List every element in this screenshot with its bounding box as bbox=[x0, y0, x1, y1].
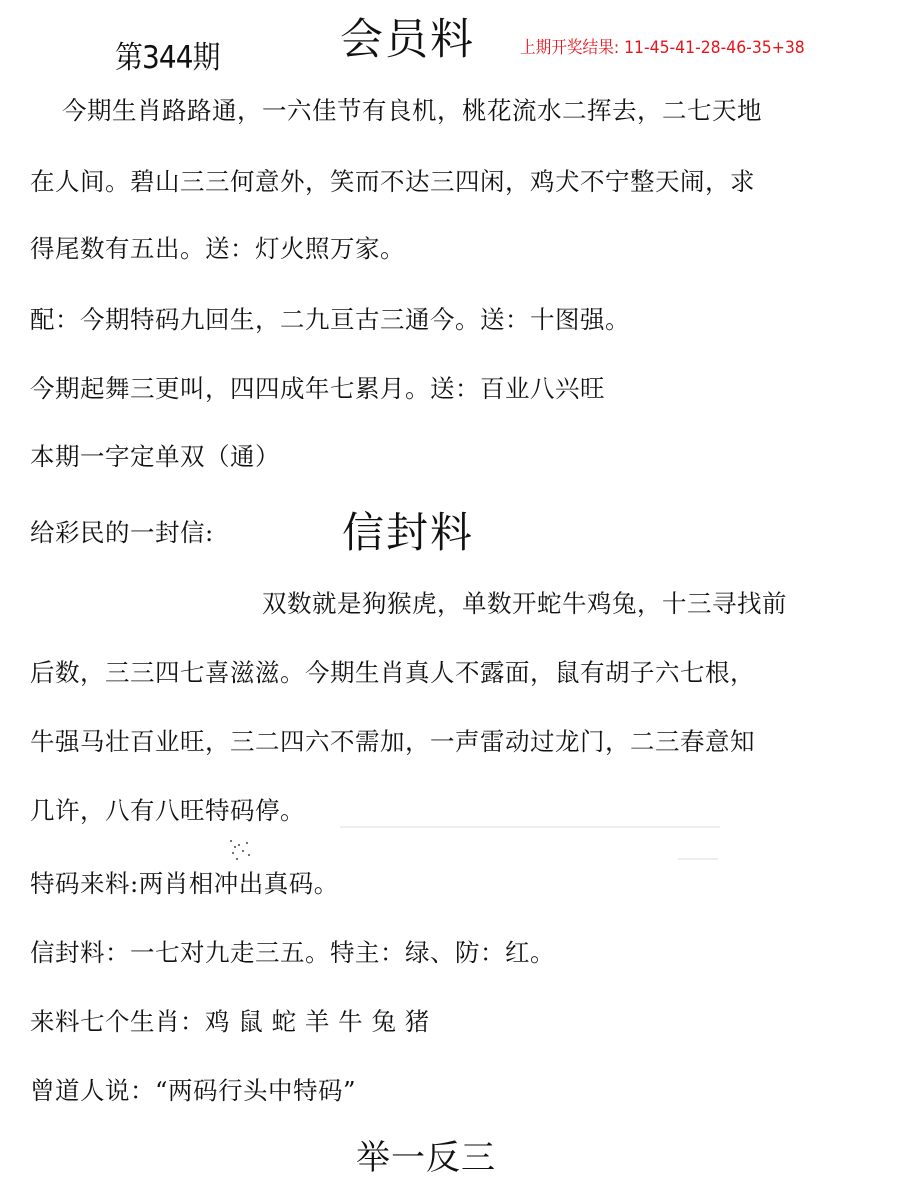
issue-number: 第344期 bbox=[115, 32, 220, 77]
page-title: 会员料 bbox=[340, 6, 475, 67]
member-poem-line-3: 得尾数有五出。送：灯火照万家。 bbox=[30, 230, 405, 265]
envelope-line: 信封料：一七对九走三五。特主：绿、防：红。 bbox=[30, 934, 555, 969]
pei-line: 配：今期特码九回生，二九亘古三通今。送：十图强。 bbox=[30, 301, 630, 336]
letter-poem-line-3: 牛强马壮百业旺，三二四六不需加，一声雷动过龙门，二三春意知 bbox=[30, 723, 755, 758]
envelope-title: 信封料 bbox=[342, 500, 474, 560]
single-double-line: 本期一字定单双（通） bbox=[30, 438, 280, 473]
letter-poem-line-1: 双数就是狗猴虎，单数开蛇牛鸡兔，十三寻找前 bbox=[262, 585, 787, 620]
scan-artifact-line bbox=[340, 826, 720, 828]
closing-phrase: 举一反三 bbox=[356, 1130, 496, 1179]
letter-poem-line-4: 几许，八有八旺特码停。 bbox=[30, 792, 305, 827]
last-draw-result: 上期开奖结果: 11-45-41-28-46-35+38 bbox=[520, 33, 805, 58]
member-poem-line-2: 在人间。碧山三三何意外，笑而不达三四闲，鸡犬不宁整天闹，求 bbox=[30, 163, 755, 198]
qiwu-line: 今期起舞三更叫，四四成年七累月。送：百业八兴旺 bbox=[30, 370, 605, 405]
letter-poem-line-2: 后数，三三四七喜滋滋。今期生肖真人不露面，鼠有胡子六七根， bbox=[30, 654, 755, 689]
special-code-line: 特码来料:两肖相冲出真码。 bbox=[30, 865, 339, 900]
last-result-label: 上期开奖结果: bbox=[520, 38, 619, 58]
seven-zodiacs-line: 来料七个生肖：鸡 鼠 蛇 羊 牛 兔 猪 bbox=[30, 1003, 430, 1038]
taoist-saying-line: 曾道人说：“两码行头中特码” bbox=[30, 1072, 356, 1107]
scan-artifact-mark bbox=[678, 858, 718, 860]
letter-label: 给彩民的一封信: bbox=[30, 514, 214, 549]
scan-speck bbox=[228, 836, 268, 866]
member-poem-line-1: 今期生肖路路通，一六佳节有良机，桃花流水二挥去，二七天地 bbox=[62, 92, 762, 127]
last-result-numbers: 11-45-41-28-46-35+38 bbox=[624, 38, 805, 58]
